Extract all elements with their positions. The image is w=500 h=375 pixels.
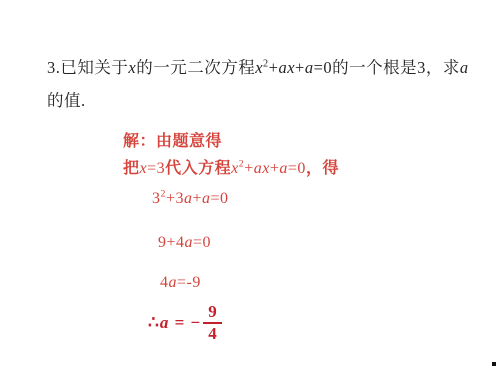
- fraction-denominator: 4: [203, 324, 222, 343]
- problem-statement-line2: 的值.: [47, 90, 86, 112]
- solution-step-heading: 解：由题意得: [123, 128, 222, 151]
- final-answer: ∴a = − 9 4: [148, 303, 222, 343]
- answer-fraction: 9 4: [203, 303, 222, 343]
- slide-page: 3.已知关于x的一元二次方程x2+ax+a=0的一个根是3，求a 的值. 解：由…: [0, 0, 500, 375]
- solution-step-substitution: 把x=3代入方程x2+ax+a=0，得: [123, 155, 339, 178]
- final-answer-lead: ∴a = −: [148, 313, 201, 333]
- equation-isolated: 4a=-9: [160, 274, 201, 292]
- problem-statement-line1: 3.已知关于x的一元二次方程x2+ax+a=0的一个根是3，求a: [47, 57, 469, 79]
- corner-dot: [492, 362, 496, 366]
- equation-substituted: 32+3a+a=0: [152, 190, 229, 208]
- equation-simplified: 9+4a=0: [158, 234, 211, 252]
- fraction-numerator: 9: [203, 303, 222, 324]
